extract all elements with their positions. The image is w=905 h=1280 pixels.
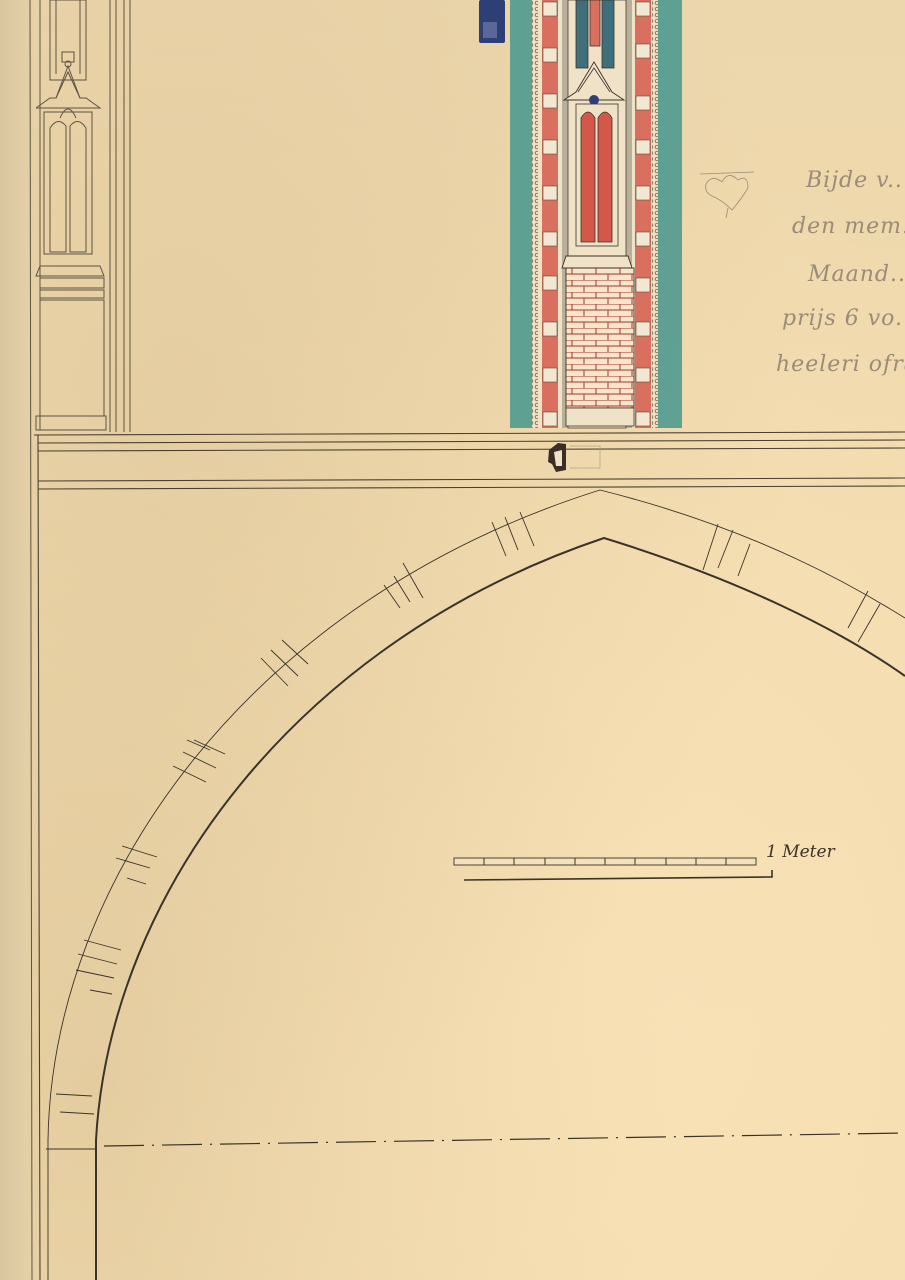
right-red-strip <box>635 0 651 428</box>
springing-centerline <box>104 1133 905 1146</box>
corbel-sketch <box>700 172 754 218</box>
drawing-sheet: Bijde v.. den mem.. Maand.. prijs 6 vo..… <box>0 0 905 1280</box>
pencil-note-line-3: Maand.. <box>808 262 905 287</box>
left-pilaster <box>30 0 130 1280</box>
architectural-drawing <box>0 0 905 1280</box>
pencil-note-line-5: heeleri ofran.. <box>776 352 905 377</box>
center-pilaster <box>510 0 682 428</box>
gothic-arch <box>46 490 905 1280</box>
scale-bar-label: 1 Meter <box>766 842 835 862</box>
pencil-note-line-2: den mem.. <box>792 214 905 239</box>
pencil-note-line-4: prijs 6 vo.. <box>782 306 905 331</box>
scale-bar <box>454 858 772 880</box>
left-red-strip <box>542 0 558 428</box>
keystone-detail <box>548 443 600 472</box>
pencil-note-line-1: Bijde v.. <box>806 168 903 193</box>
